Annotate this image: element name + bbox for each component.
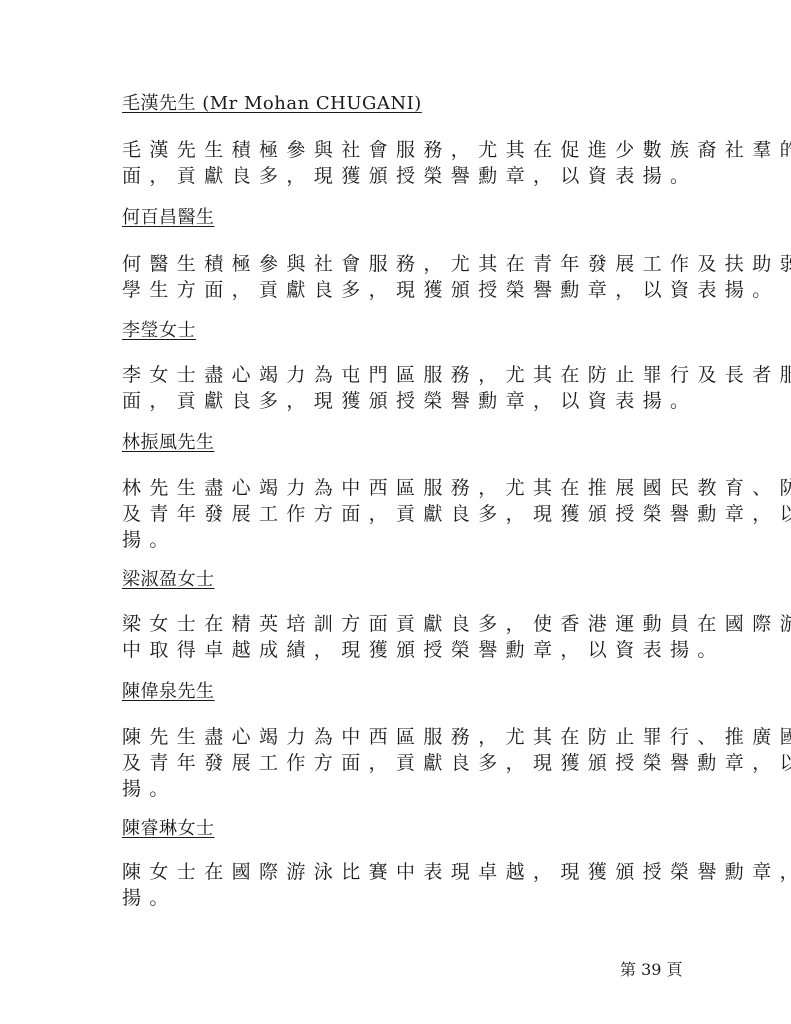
citation-paragraph: 林先生盡心竭力為中西區服務，尤其在推展國民教育、防止罪行 及青年發展工作方面，貢… [122,475,682,553]
recipient-name-heading: 林振風先生 [122,432,215,454]
citation-paragraph: 李女士盡心竭力為屯門區服務，尤其在防止罪行及長者服務方 面，貢獻良多，現獲頒授榮… [122,362,682,414]
paragraph-line: 揚。 [122,776,682,802]
citation-paragraph: 梁女士在精英培訓方面貢獻良多，使香港運動員在國際游泳賽事 中取得卓越成績，現獲頒… [122,611,682,663]
citation-paragraph: 何醫生積極參與社會服務，尤其在青年發展工作及扶助弱勢社羣 學生方面，貢獻良多，現… [122,251,682,303]
paragraph-line: 及青年發展工作方面，貢獻良多，現獲頒授榮譽勳章，以資表 [122,750,682,776]
recipient-name-heading: 何百昌醫生 [122,207,215,229]
paragraph-line: 林先生盡心竭力為中西區服務，尤其在推展國民教育、防止罪行 [122,475,682,501]
citation-paragraph: 陳女士在國際游泳比賽中表現卓越，現獲頒授榮譽勳章，以資表 揚。 [122,859,682,911]
citation-paragraph: 毛漢先生積極參與社會服務，尤其在促進少數族裔社羣的福祉方 面，貢獻良多，現獲頒授… [122,137,682,189]
paragraph-line: 學生方面，貢獻良多，現獲頒授榮譽勳章，以資表揚。 [122,277,682,303]
citation-paragraph: 陳先生盡心竭力為中西區服務，尤其在防止罪行、推廣國民教育 及青年發展工作方面，貢… [122,724,682,802]
paragraph-line: 陳先生盡心竭力為中西區服務，尤其在防止罪行、推廣國民教育 [122,724,682,750]
recipient-name-heading: 梁淑盈女士 [122,569,215,591]
paragraph-line: 李女士盡心竭力為屯門區服務，尤其在防止罪行及長者服務方 [122,362,682,388]
page-number: 第 39 頁 [620,960,683,980]
paragraph-line: 陳女士在國際游泳比賽中表現卓越，現獲頒授榮譽勳章，以資表 [122,859,682,885]
paragraph-line: 何醫生積極參與社會服務，尤其在青年發展工作及扶助弱勢社羣 [122,251,682,277]
paragraph-line: 中取得卓越成績，現獲頒授榮譽勳章，以資表揚。 [122,637,682,663]
paragraph-line: 毛漢先生積極參與社會服務，尤其在促進少數族裔社羣的福祉方 [122,137,682,163]
recipient-name-heading: 陳睿琳女士 [122,818,215,840]
paragraph-line: 揚。 [122,527,682,553]
paragraph-line: 及青年發展工作方面，貢獻良多，現獲頒授榮譽勳章，以資表 [122,501,682,527]
recipient-name-heading: 毛漢先生 (Mr Mohan CHUGANI) [122,93,422,115]
recipient-name-heading: 李瑩女士 [122,320,196,342]
paragraph-line: 梁女士在精英培訓方面貢獻良多，使香港運動員在國際游泳賽事 [122,611,682,637]
document-page: 毛漢先生 (Mr Mohan CHUGANI) 毛漢先生積極參與社會服務，尤其在… [0,0,791,1024]
recipient-name-heading: 陳偉泉先生 [122,681,215,703]
paragraph-line: 面，貢獻良多，現獲頒授榮譽勳章，以資表揚。 [122,163,682,189]
paragraph-line: 揚。 [122,885,682,911]
paragraph-line: 面，貢獻良多，現獲頒授榮譽勳章，以資表揚。 [122,388,682,414]
